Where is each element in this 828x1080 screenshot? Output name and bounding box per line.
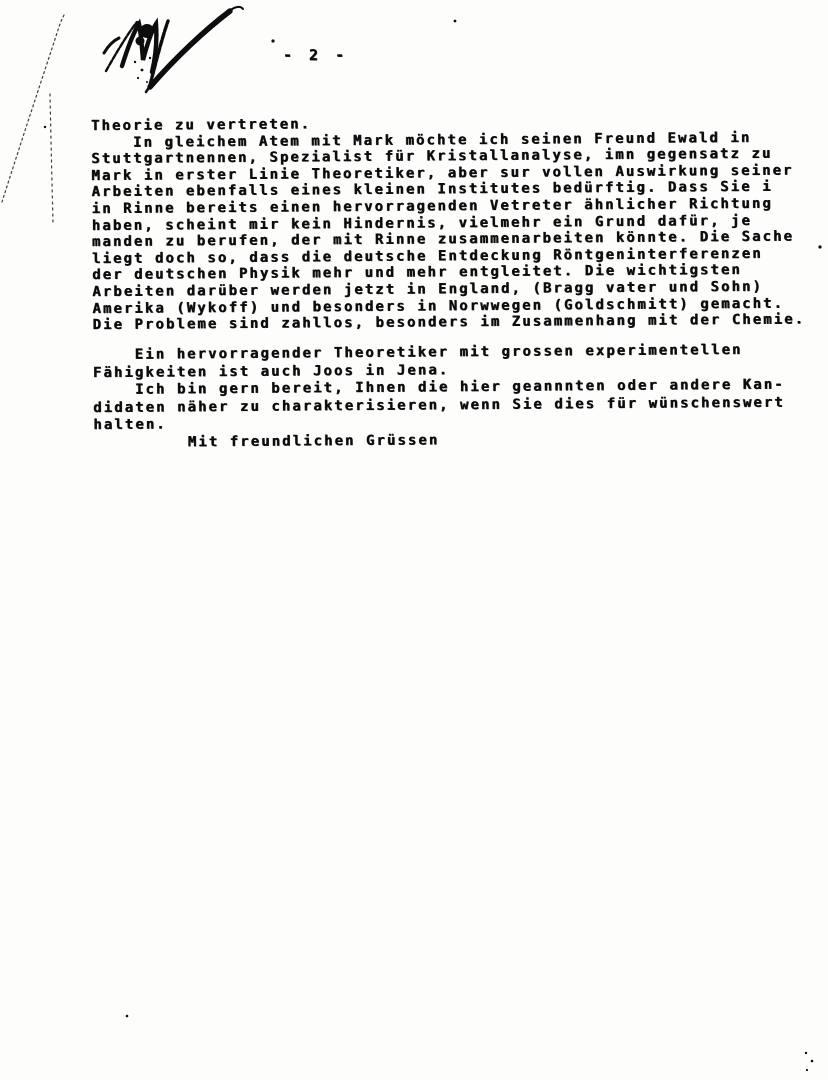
letter-page: - 2 - Theorie zu vertreten. In gleichem …	[0, 0, 828, 1080]
paragraph-block-2: Ein hervorragender Theoretiker mit gross…	[93, 342, 785, 452]
paragraph-block-1: Theorie zu vertreten. In gleichem Atem m…	[91, 112, 805, 333]
letter-body: Theorie zu vertreten. In gleichem Atem m…	[90, 0, 828, 1080]
